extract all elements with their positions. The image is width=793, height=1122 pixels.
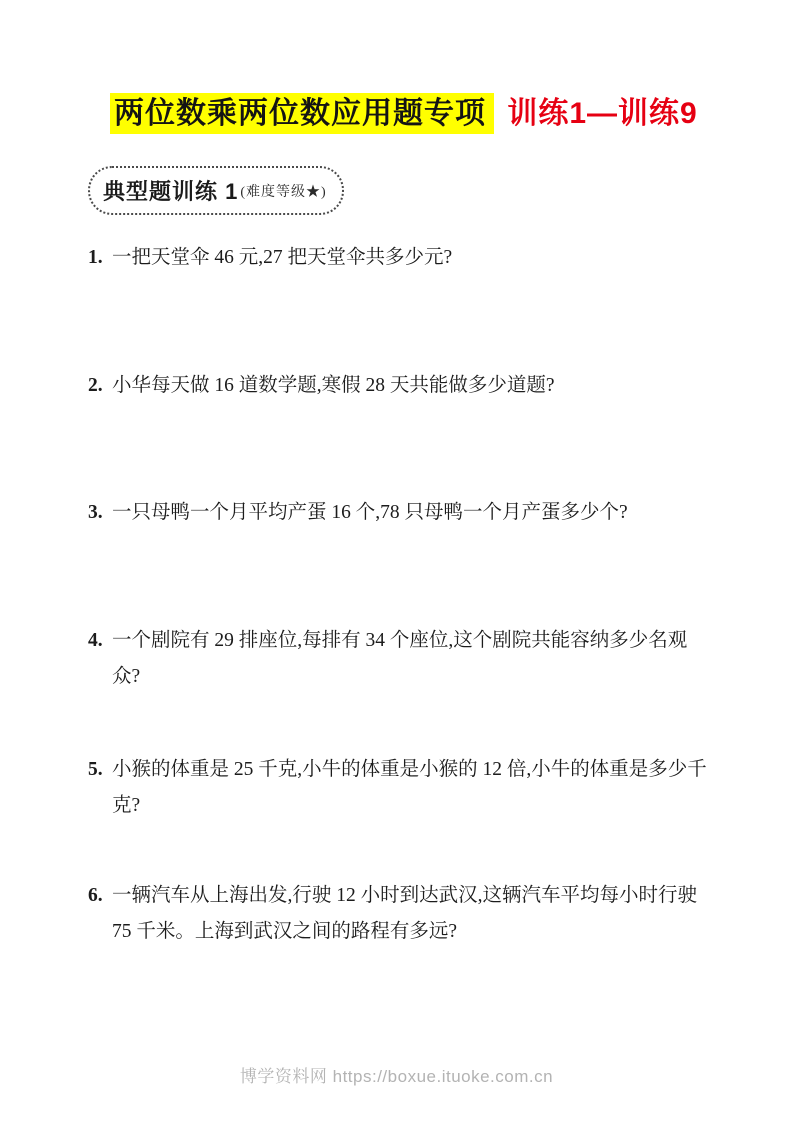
- question-6-number: 6.: [88, 878, 112, 914]
- question-5-number: 5.: [88, 752, 112, 788]
- question-2: 2. 小华每天做 16 道数学题,寒假 28 天共能做多少道题?: [88, 368, 555, 404]
- question-2-number: 2.: [88, 368, 112, 404]
- footer-watermark: 博学资料网 https://boxue.ituoke.com.cn: [0, 1062, 793, 1087]
- question-6-text: 一辆汽车从上海出发,行驶 12 小时到达武汉,这辆汽车平均每小时行驶 75 千米…: [112, 878, 714, 950]
- question-3-number: 3.: [88, 495, 112, 531]
- page-title-range: 训练1—训练9: [507, 97, 697, 130]
- question-1-number: 1.: [88, 240, 112, 276]
- question-4-number: 4.: [88, 623, 112, 659]
- question-3: 3. 一只母鸭一个月平均产蛋 16 个,78 只母鸭一个月产蛋多少个?: [88, 495, 628, 531]
- question-1-text: 一把天堂伞 46 元,27 把天堂伞共多少元?: [112, 240, 452, 276]
- question-6: 6. 一辆汽车从上海出发,行驶 12 小时到达武汉,这辆汽车平均每小时行驶 75…: [88, 878, 714, 950]
- section-badge: 典型题训练 1 (难度等级★): [88, 166, 344, 215]
- question-1: 1. 一把天堂伞 46 元,27 把天堂伞共多少元?: [88, 240, 452, 276]
- worksheet-page: 两位数乘两位数应用题专项 训练1—训练9 典型题训练 1 (难度等级★) 1. …: [0, 0, 793, 1122]
- question-4: 4. 一个剧院有 29 排座位,每排有 34 个座位,这个剧院共能容纳多少名观众…: [88, 623, 714, 695]
- section-badge-difficulty: (难度等级★): [240, 181, 326, 201]
- footer-site-text: 博学资料网 https://boxue.ituoke.com.cn: [240, 1067, 553, 1086]
- question-5-text: 小猴的体重是 25 千克,小牛的体重是小猴的 12 倍,小牛的体重是多少千克?: [112, 752, 714, 824]
- question-4-text: 一个剧院有 29 排座位,每排有 34 个座位,这个剧院共能容纳多少名观众?: [112, 623, 714, 695]
- section-badge-label: 典型题训练 1: [103, 175, 238, 206]
- page-title-highlighted: 两位数乘两位数应用题专项: [110, 93, 494, 134]
- question-3-text: 一只母鸭一个月平均产蛋 16 个,78 只母鸭一个月产蛋多少个?: [112, 495, 628, 531]
- question-2-text: 小华每天做 16 道数学题,寒假 28 天共能做多少道题?: [112, 368, 555, 404]
- question-5: 5. 小猴的体重是 25 千克,小牛的体重是小猴的 12 倍,小牛的体重是多少千…: [88, 752, 714, 824]
- page-title: 两位数乘两位数应用题专项 训练1—训练9: [110, 92, 698, 136]
